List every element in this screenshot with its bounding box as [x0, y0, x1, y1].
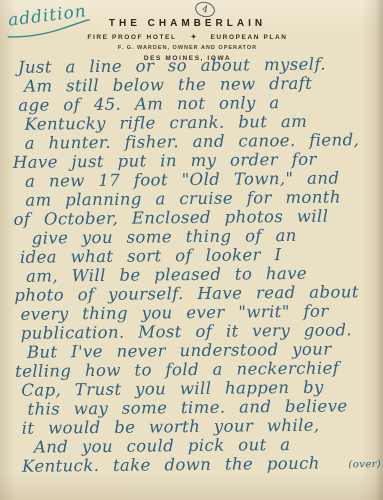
letter-line: telling how to fold a neckerchief — [9, 358, 380, 381]
letter-line: a hunter. fisher. and canoe. fiend, — [7, 130, 378, 153]
hotel-name: THE CHAMBERLAIN — [0, 18, 375, 29]
letter-line: Kentuck. take down the pouch (over) — [10, 453, 381, 476]
page-turn-note: (over) — [348, 455, 381, 474]
letter-line-text: Kentuck. take down the pouch — [22, 454, 320, 476]
page-number: 4 — [201, 4, 209, 15]
fireproof-hotel-label: FIRE PROOF HOTEL — [87, 34, 176, 41]
owner-line: F. G. WARDEN, OWNER AND OPERATOR — [0, 45, 375, 51]
hotel-subtitle: FIRE PROOF HOTEL ✦ EUROPEAN PLAN — [0, 33, 375, 41]
letter-line: of October, Enclosed photos will — [7, 206, 378, 229]
letter-line: Just a line or so about myself. — [6, 54, 377, 77]
handwritten-letter-body: Just a line or so about myself. Am still… — [6, 54, 381, 476]
diamond-icon: ✦ — [191, 33, 197, 41]
european-plan-label: EUROPEAN PLAN — [210, 34, 287, 41]
letter-line: this way some time. and believe — [9, 396, 380, 419]
